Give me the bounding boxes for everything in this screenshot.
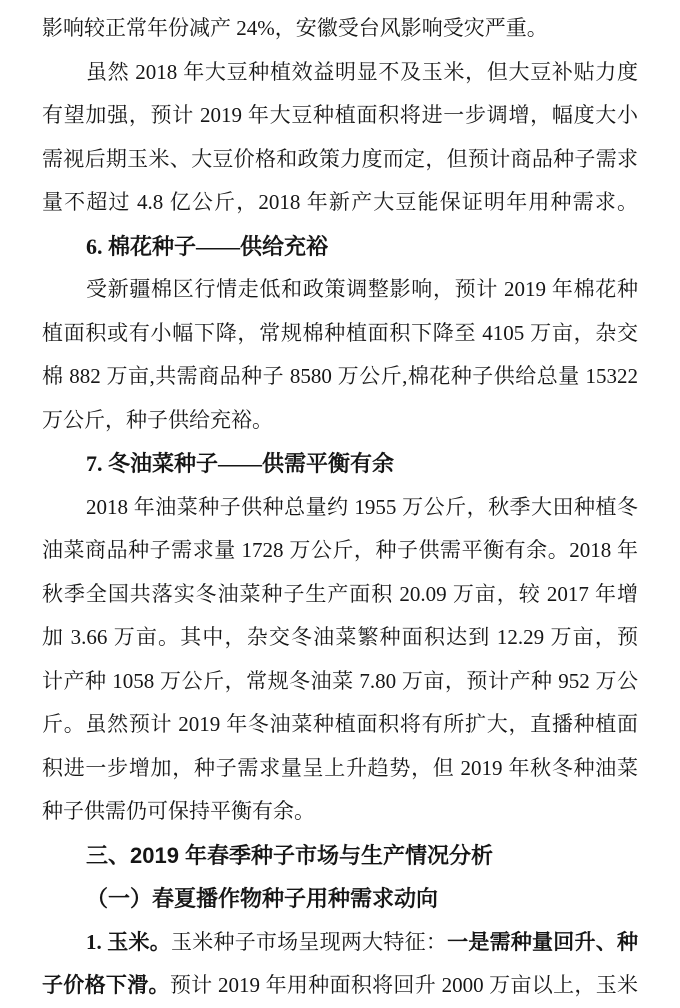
para-corn-line-1: 1. 玉米。玉米种子市场呈现两大特征：一是需种量回升、种	[42, 921, 638, 965]
para-rapeseed-line-3: 秋季全国共落实冬油菜种子生产面积 20.09 万亩，较 2017 年增	[42, 573, 638, 617]
document-page: 影响较正常年份减产 24%，安徽受台风影响受灾严重。虽然 2018 年大豆种植效…	[0, 0, 680, 1008]
para-soybean-line-3: 需视后期玉米、大豆价格和政策力度而定，但预计商品种子需求	[42, 138, 638, 182]
para-rapeseed-line-5: 计产种 1058 万公斤，常规冬油菜 7.80 万亩，预计产种 952 万公	[42, 660, 638, 704]
para-corn-line-2: 子价格下滑。预计 2019 年用种面积将回升 2000 万亩以上，玉米	[42, 964, 638, 1008]
text-run: 子价格下滑。	[42, 973, 170, 997]
text-run: 植面积或有小幅下降，常规棉种植面积下降至 4105 万亩，杂交	[42, 321, 638, 345]
text-run: 6. 棉花种子——供给充裕	[86, 234, 328, 259]
text-run: 斤。虽然预计 2019 年冬油菜种植面积将有所扩大，直播种植面	[42, 712, 638, 736]
heading-section-three: 三、2019 年春季种子市场与生产情况分析	[42, 834, 638, 878]
para-cotton-line-3: 棉 882 万亩,共需商品种子 8580 万公斤,棉花种子供给总量 15322	[42, 355, 638, 399]
text-run: 7. 冬油菜种子——供需平衡有余	[86, 451, 394, 476]
para-rapeseed-line-1: 2018 年油菜种子供种总量约 1955 万公斤，秋季大田种植冬	[42, 486, 638, 530]
text-run: 加 3.66 万亩。其中，杂交冬油菜繁种面积达到 12.29 万亩，预	[42, 625, 638, 649]
text-run: 有望加强，预计 2019 年大豆种植面积将进一步调增，幅度大小	[42, 103, 638, 127]
text-run: 三、2019 年春季种子市场与生产情况分析	[86, 843, 493, 868]
text-run: 量不超过 4.8 亿公斤，2018 年新产大豆能保证明年用种需求。	[42, 190, 638, 214]
para-cotton-line-4: 万公斤，种子供给充裕。	[42, 399, 638, 443]
text-run: （一）春夏播作物种子用种需求动向	[86, 886, 438, 911]
para-cotton-line-2: 植面积或有小幅下降，常规棉种植面积下降至 4105 万亩，杂交	[42, 312, 638, 356]
para-rapeseed-line-4: 加 3.66 万亩。其中，杂交冬油菜繁种面积达到 12.29 万亩，预	[42, 616, 638, 660]
para-rapeseed-line-8: 种子供需仍可保持平衡有余。	[42, 790, 638, 834]
text-run: 棉 882 万亩,共需商品种子 8580 万公斤,棉花种子供给总量 15322	[42, 364, 638, 388]
heading-cotton-seed: 6. 棉花种子——供给充裕	[42, 225, 638, 269]
text-run: 虽然 2018 年大豆种植效益明显不及玉米，但大豆补贴力度	[86, 60, 638, 84]
text-run: 计产种 1058 万公斤，常规冬油菜 7.80 万亩，预计产种 952 万公	[42, 669, 638, 693]
text-run: 影响较正常年份减产 24%，安徽受台风影响受灾严重。	[42, 16, 548, 40]
heading-winter-rapeseed: 7. 冬油菜种子——供需平衡有余	[42, 442, 638, 486]
text-run: 2018 年油菜种子供种总量约 1955 万公斤，秋季大田种植冬	[86, 495, 638, 519]
text-run: 油菜商品种子需求量 1728 万公斤，种子供需平衡有余。2018 年	[42, 538, 638, 562]
text-run: 积进一步增加，种子需求量呈上升趋势，但 2019 年秋冬种油菜	[42, 756, 638, 780]
text-run: 1. 玉米。	[86, 930, 171, 954]
text-run: 秋季全国共落实冬油菜种子生产面积 20.09 万亩，较 2017 年增	[42, 582, 638, 606]
text-run: 预计 2019 年用种面积将回升 2000 万亩以上，玉米	[170, 973, 638, 997]
text-run: 一是需种量回升、种	[447, 930, 638, 954]
para-rapeseed-line-2: 油菜商品种子需求量 1728 万公斤，种子供需平衡有余。2018 年	[42, 529, 638, 573]
para-soybean-line-1: 虽然 2018 年大豆种植效益明显不及玉米，但大豆补贴力度	[42, 51, 638, 95]
para-rapeseed-line-6: 斤。虽然预计 2019 年冬油菜种植面积将有所扩大，直播种植面	[42, 703, 638, 747]
document-body: 影响较正常年份减产 24%，安徽受台风影响受灾严重。虽然 2018 年大豆种植效…	[42, 7, 638, 1008]
heading-subsection-one: （一）春夏播作物种子用种需求动向	[42, 877, 638, 921]
text-run: 种子供需仍可保持平衡有余。	[42, 799, 315, 823]
text-run: 万公斤，种子供给充裕。	[42, 408, 273, 432]
para-soybean-line-2: 有望加强，预计 2019 年大豆种植面积将进一步调增，幅度大小	[42, 94, 638, 138]
para-soybean-line-4: 量不超过 4.8 亿公斤，2018 年新产大豆能保证明年用种需求。	[42, 181, 638, 225]
text-run: 受新疆棉区行情走低和政策调整影响，预计 2019 年棉花种	[86, 277, 638, 301]
para-cotton-line-1: 受新疆棉区行情走低和政策调整影响，预计 2019 年棉花种	[42, 268, 638, 312]
para-rapeseed-line-7: 积进一步增加，种子需求量呈上升趋势，但 2019 年秋冬种油菜	[42, 747, 638, 791]
para-soybean-intro-line: 影响较正常年份减产 24%，安徽受台风影响受灾严重。	[42, 7, 638, 51]
text-run: 玉米种子市场呈现两大特征：	[171, 930, 447, 954]
text-run: 需视后期玉米、大豆价格和政策力度而定，但预计商品种子需求	[42, 147, 638, 171]
